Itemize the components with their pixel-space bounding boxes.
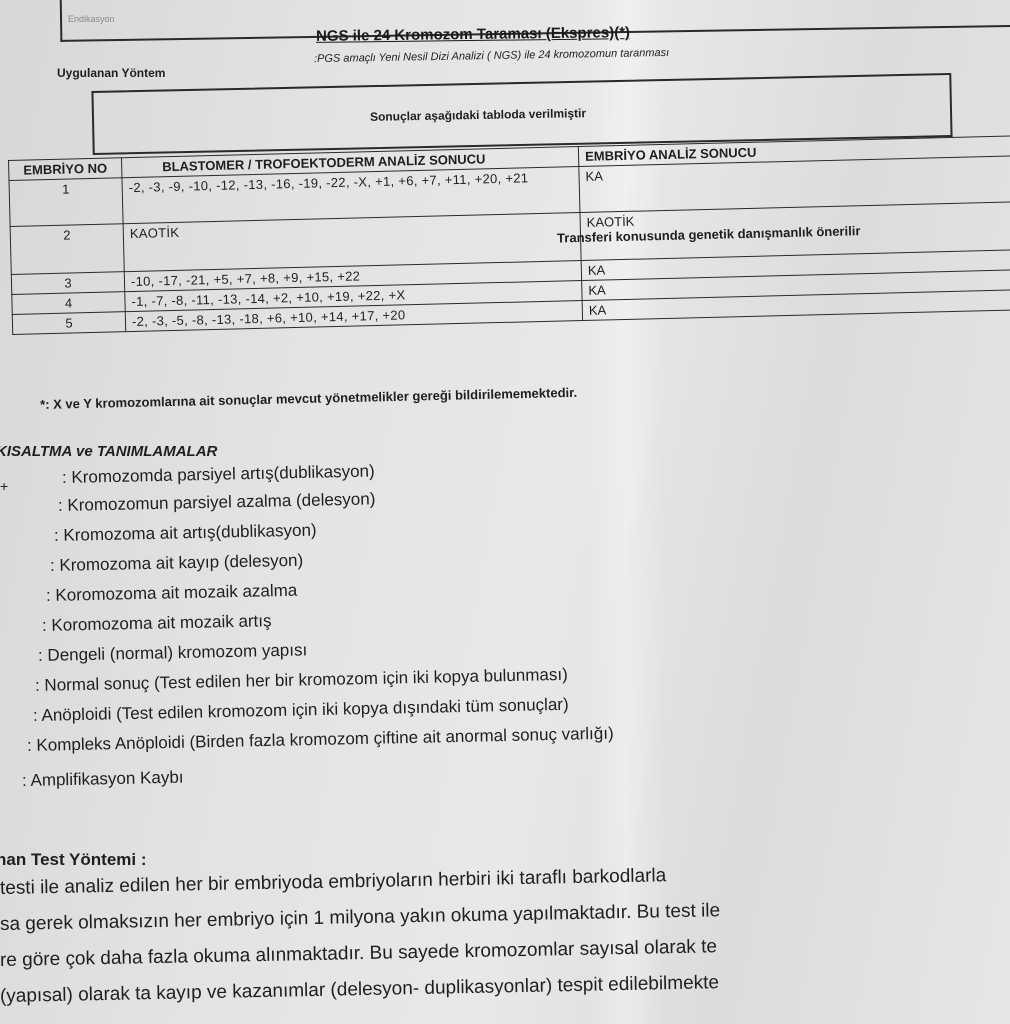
- abbreviation-item: : Dengeli (normal) kromozom yapısı: [38, 640, 308, 666]
- abbreviation-symbol: +: [0, 478, 8, 494]
- abbreviation-item: : Kromozomun parsiyel azalma (delesyon): [58, 489, 376, 516]
- abbreviation-item: : Kromozomda parsiyel artış(dublikasyon): [62, 461, 375, 488]
- abbreviation-item: : Amplifikasyon Kaybı: [22, 768, 184, 791]
- embryo-no: 2: [10, 224, 124, 275]
- test-method-line: testi ile analiz edilen her bir embriyod…: [0, 865, 666, 900]
- abbreviation-item: : Koromozoma ait mozaik azalma: [46, 581, 298, 606]
- embryo-no: 3: [11, 272, 124, 295]
- test-method-line: re göre çok daha fazla okuma alınmaktadı…: [0, 936, 717, 972]
- embryo-result: KAOTİK: [587, 214, 635, 230]
- abbreviations-title: KISALTMA ve TANIMLAMALAR: [0, 443, 217, 460]
- abbreviation-item: : Kromozoma ait artış(dublikasyon): [54, 521, 317, 546]
- abbreviation-item: : Kromozoma ait kayıp (delesyon): [50, 551, 304, 576]
- embryo-no: 5: [12, 312, 125, 335]
- test-method-line: (yapısal) olarak ta kayıp ve kazanımlar …: [0, 972, 719, 1008]
- results-table-wrapper: EMBRİYO NO BLASTOMER / TROFOEKTODERM ANA…: [8, 135, 1010, 335]
- indication-label: Endikasyon: [68, 14, 115, 24]
- document-title: NGS ile 24 Kromozom Taraması (Ekspres)(*…: [316, 24, 630, 45]
- results-table: EMBRİYO NO BLASTOMER / TROFOEKTODERM ANA…: [8, 135, 1010, 335]
- abbreviation-item: : Kompleks Anöploidi (Birden fazla kromo…: [27, 724, 614, 756]
- method-label: Uygulanan Yöntem: [57, 66, 165, 80]
- abbreviation-item: : Anöploidi (Test edilen kromozom için i…: [33, 695, 569, 726]
- test-method-line: sa gerek olmaksızın her embriyo için 1 m…: [0, 900, 720, 936]
- abbreviation-item: : Normal sonuç (Test edilen her bir krom…: [35, 665, 568, 696]
- abbreviation-item: : Koromozoma ait mozaik artış: [42, 611, 272, 636]
- embryo-no: 1: [9, 178, 123, 227]
- footnote: *: X ve Y kromozomlarına ait sonuçlar me…: [40, 385, 577, 412]
- test-method-title: nan Test Yöntemi :: [0, 850, 147, 870]
- header-embryo-no: EMBRİYO NO: [9, 158, 122, 181]
- embryo-no: 4: [12, 292, 125, 315]
- method-value: :PGS amaçlı Yeni Nesil Dizi Analizi ( NG…: [314, 47, 669, 65]
